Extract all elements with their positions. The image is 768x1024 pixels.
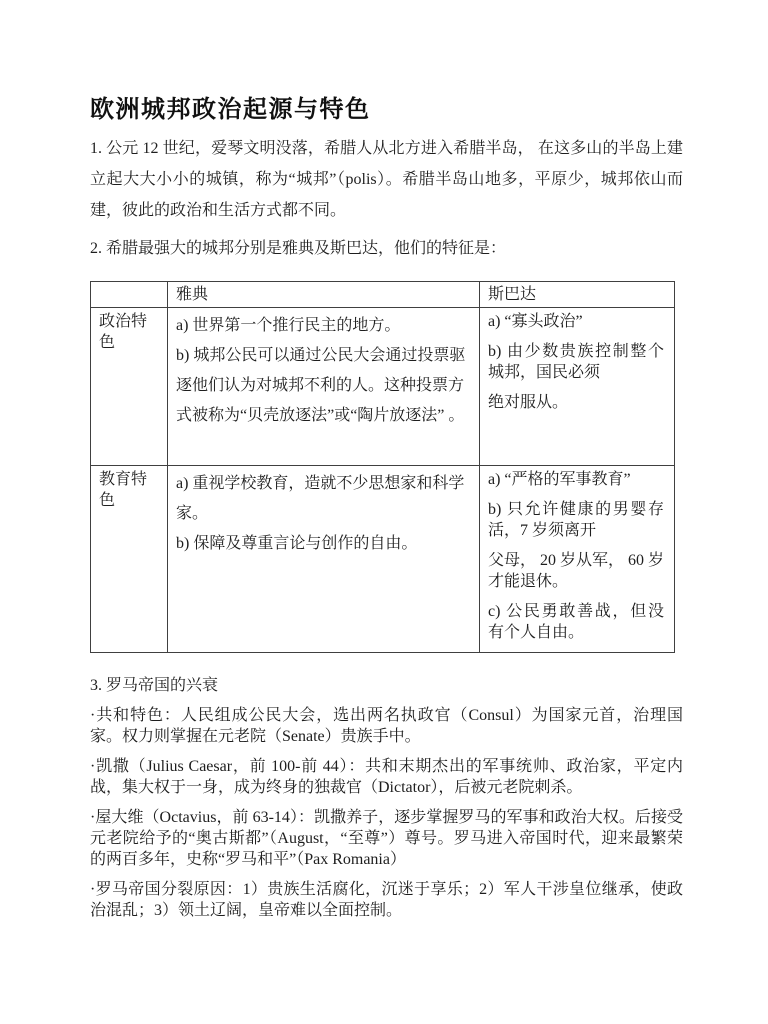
page-title: 欧洲城邦政治起源与特色 (90, 95, 371, 125)
sparta-politics-item-b: b) 由少数贵族控制整个城邦，国民必须 (488, 341, 664, 383)
row-label-education: 教育特色 (91, 466, 168, 653)
paragraph-republic-features: ·共和特色：人民组成公民大会，选出两名执政官（Consul）为国家元首，治理国家… (90, 705, 683, 747)
sparta-education-item-a: a) “严格的军事教育” (488, 469, 664, 490)
paragraph-julius-caesar: ·凯撒（Julius Caesar，前 100-前 44）：共和末期杰出的军事统… (90, 756, 683, 798)
athens-education-item-b: b) 保障及尊重言论与创作的自由。 (176, 529, 469, 559)
athens-politics-item-b: b) 城邦公民可以通过公民大会通过投票驱逐他们认为对城邦不利的人。这种投票方式被… (176, 341, 469, 431)
table-row-politics: 政治特色 a) 世界第一个推行民主的地方。 b) 城邦公民可以通过公民大会通过投… (91, 308, 675, 466)
table-row-education: 教育特色 a) 重视学校教育，造就不少思想家和科学家。 b) 保障及尊重言论与创… (91, 466, 675, 653)
rome-section: 3. 罗马帝国的兴衰 ·共和特色：人民组成公民大会，选出两名执政官（Consul… (90, 675, 683, 930)
sparta-education-item-b: b) 只允许健康的男婴存活，7 岁须离开 (488, 499, 664, 541)
table-corner-cell (91, 282, 168, 308)
column-header-sparta: 斯巴达 (480, 282, 675, 308)
paragraph-athens-sparta-lead: 2. 希腊最强大的城邦分别是雅典及斯巴达，他们的特征是： (90, 233, 683, 264)
comparison-table: 雅典 斯巴达 政治特色 a) 世界第一个推行民主的地方。 b) 城邦公民可以通过… (90, 281, 675, 653)
row-label-politics: 政治特色 (91, 308, 168, 466)
cell-sparta-politics: a) “寡头政治” b) 由少数贵族控制整个城邦，国民必须 绝对服从。 (480, 308, 675, 466)
cell-sparta-education: a) “严格的军事教育” b) 只允许健康的男婴存活，7 岁须离开 父母， 20… (480, 466, 675, 653)
cell-athens-politics: a) 世界第一个推行民主的地方。 b) 城邦公民可以通过公民大会通过投票驱逐他们… (168, 308, 480, 466)
cell-athens-education: a) 重视学校教育，造就不少思想家和科学家。 b) 保障及尊重言论与创作的自由。 (168, 466, 480, 653)
sparta-education-item-c: c) 公民勇敢善战，但没有个人自由。 (488, 601, 664, 643)
section-heading-rome: 3. 罗马帝国的兴衰 (90, 675, 683, 696)
sparta-politics-item-a: a) “寡头政治” (488, 311, 664, 332)
paragraph-octavius: ·屋大维（Octavius，前 63-14）：凯撒养子，逐步掌握罗马的军事和政治… (90, 807, 683, 870)
paragraph-polis-origin: 1. 公元 12 世纪，爱琴文明没落，希腊人从北方进入希腊半岛， 在这多山的半岛… (90, 133, 683, 226)
athens-education-item-a: a) 重视学校教育，造就不少思想家和科学家。 (176, 469, 469, 529)
document-page: 欧洲城邦政治起源与特色 1. 公元 12 世纪，爱琴文明没落，希腊人从北方进入希… (0, 0, 768, 1024)
paragraph-empire-split-reasons: ·罗马帝国分裂原因：1）贵族生活腐化，沉迷于享乐；2）军人干涉皇位继承，使政治混… (90, 879, 683, 921)
table-header-row: 雅典 斯巴达 (91, 282, 675, 308)
intro-section: 1. 公元 12 世纪，爱琴文明没落，希腊人从北方进入希腊半岛， 在这多山的半岛… (90, 133, 683, 264)
sparta-politics-item-b-cont: 绝对服从。 (488, 392, 664, 413)
column-header-athens: 雅典 (168, 282, 480, 308)
athens-politics-item-a: a) 世界第一个推行民主的地方。 (176, 311, 469, 341)
sparta-education-item-b-cont: 父母， 20 岁从军， 60 岁才能退休。 (488, 550, 664, 592)
